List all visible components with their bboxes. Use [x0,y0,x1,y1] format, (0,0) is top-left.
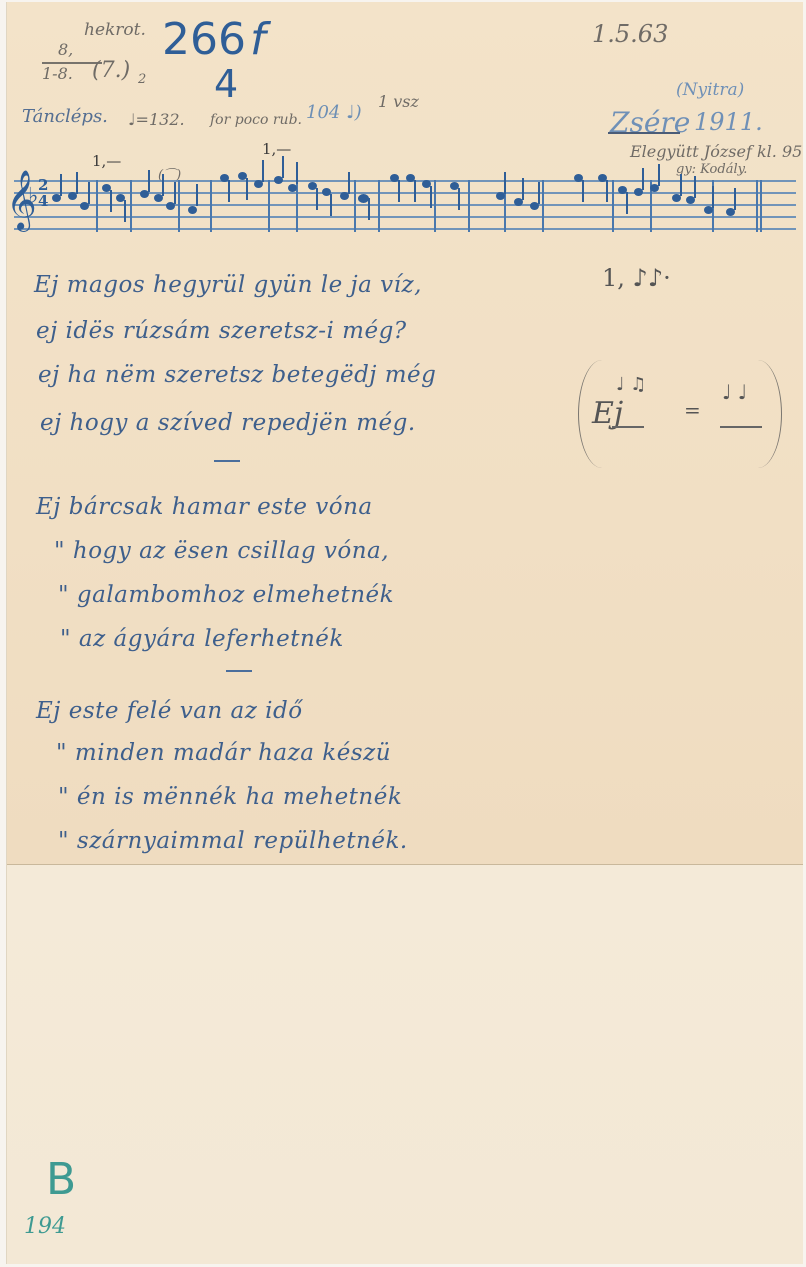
stanza-2-line-1: Ej bárcsak hamar este vóna [36,494,373,520]
fraction-numerator: 8, [58,40,73,59]
paren-annotation: (7.) [92,58,130,83]
stanza-3-line-4: " szárnyaimmal repülhetnék. [58,828,408,854]
stanza-1-line-1: Ej magos hegyrül gyün le ja víz, [34,272,422,298]
catalog-subnumber: 4 [214,62,238,106]
poco-rubato-note: for poco rub. [210,112,302,128]
tempo-marking: ♩=132. [128,110,185,129]
hekrot-note: hekrot. [84,20,146,40]
lower-paper-backing [7,865,803,1264]
rhythm-underline-right [720,426,762,428]
alt-tempo: 104 ♩) [306,102,362,123]
dance-step-label: Táncléps. [22,106,108,127]
rhythm-underline-left [612,426,644,428]
place-name: Zsére [610,106,690,139]
music-staff: 𝄞 ♭ 24 [14,180,796,232]
singer-name: Elegyütt József kl. 95 [630,142,802,161]
archive-letter: B [46,1154,76,1205]
stanza-1-line-2: ej idës rúzsám szeretsz-i még? [36,318,407,344]
stanza-1-line-4: ej hogy a szíved repedjën még. [40,410,416,436]
stanza-divider [226,670,252,672]
stanza-divider [214,460,240,462]
flat-key-icon: ♭ [28,184,38,209]
variant-marking-1: 1,— [92,152,121,170]
stanza-2-line-4: " az ágyára leferhetnék [60,626,344,652]
stanza-2-line-3: " galambomhoz elmehetnék [58,582,394,608]
catalog-suffix: f [250,14,266,65]
stanza-3-line-2: " minden madár haza készü [56,740,391,766]
archive-number: 194 [24,1214,66,1239]
rhythm-equals: = [684,398,701,422]
collection-year: 1911. [694,108,763,136]
place-underline [608,132,680,134]
catalog-number: 266 [162,14,246,65]
stanza-2-line-2: " hogy az ësen csillag vóna, [54,538,389,564]
side-rhythm-variant: 1, ♪♪· [602,264,671,292]
rhythm-note-right: ♩ ♩ [722,380,747,404]
stanza-1-line-3: ej ha nëm szeretsz betegëdj még [38,362,436,388]
fraction-denominator: 1-8. [42,64,73,83]
stanza-3-line-3: " én is mënnék ha mehetnék [58,784,402,810]
paren-subscript: 2 [138,72,146,87]
region-label: (Nyitra) [676,80,744,100]
time-signature: 24 [38,178,48,210]
page-reference: 1.5.63 [592,20,668,48]
rhythm-note-left: ♩ ♫ [616,374,646,395]
verse-count-note: 1 vsz [378,92,419,111]
variant-marking-2: 1,— [262,140,291,158]
stanza-3-line-1: Ej este felé van az idő [36,698,303,724]
collector-name: gy: Kodály. [676,162,747,177]
